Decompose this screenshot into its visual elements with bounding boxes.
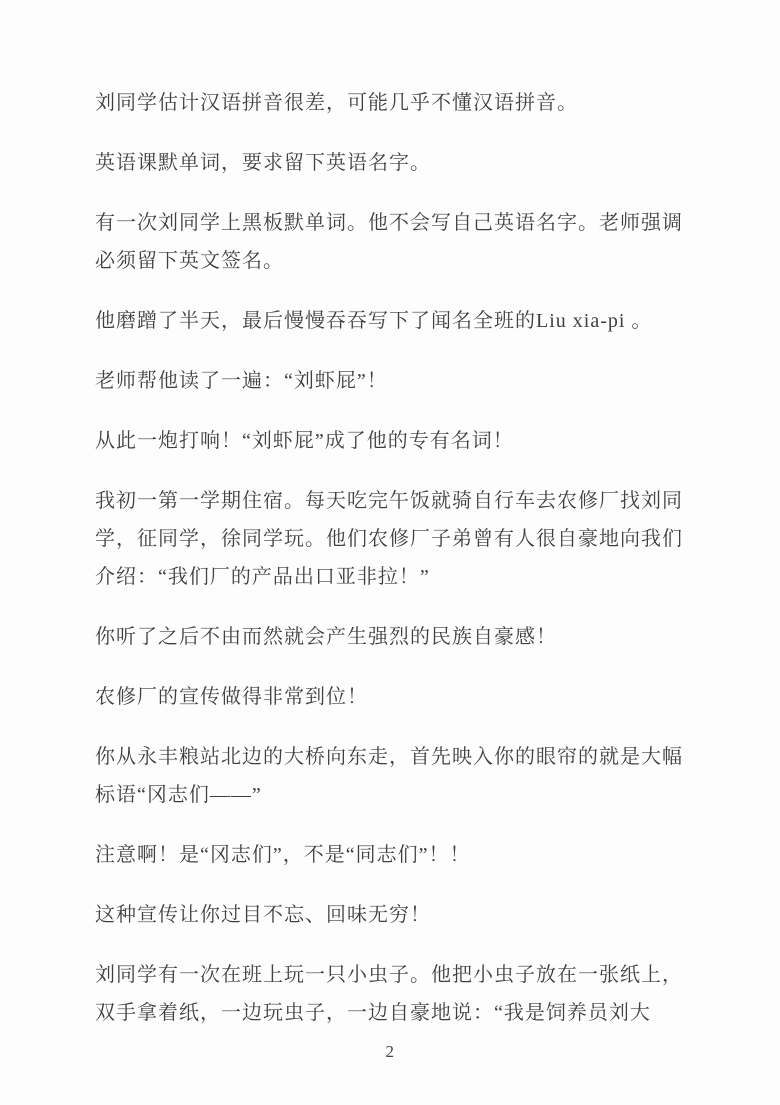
paragraph: 他磨蹭了半天，最后慢慢吞吞写下了闻名全班的Liu xia-pi 。 (95, 302, 715, 340)
paragraph: 刘同学估计汉语拼音很差，可能几乎不懂汉语拼音。 (95, 84, 715, 122)
paragraph: 你听了之后不由而然就会产生强烈的民族自豪感！ (95, 618, 715, 656)
page-footer: 2 (0, 1042, 780, 1062)
paragraph: 这种宣传让你过目不忘、回味无穷！ (95, 896, 715, 934)
page-number: 2 (386, 1042, 395, 1061)
paragraph: 注意啊！是“冈志们”，不是“同志们”！！ (95, 836, 715, 874)
page-content: 刘同学估计汉语拼音很差，可能几乎不懂汉语拼音。 英语课默单词，要求留下英语名字。… (95, 84, 715, 1054)
paragraph: 英语课默单词，要求留下英语名字。 (95, 144, 715, 182)
document-page: 刘同学估计汉语拼音很差，可能几乎不懂汉语拼音。 英语课默单词，要求留下英语名字。… (0, 0, 780, 1105)
paragraph: 刘同学有一次在班上玩一只小虫子。他把小虫子放在一张纸上， 双手拿着纸，一边玩虫子… (95, 956, 715, 1032)
paragraph: 农修厂的宣传做得非常到位！ (95, 678, 715, 716)
paragraph: 你从永丰粮站北边的大桥向东走，首先映入你的眼帘的就是大幅 标语“冈志们——” (95, 738, 715, 814)
paragraph: 我初一第一学期住宿。每天吃完午饭就骑自行车去农修厂找刘同 学，征同学，徐同学玩。… (95, 482, 715, 596)
paragraph: 从此一炮打响！“刘虾屁”成了他的专有名词！ (95, 422, 715, 460)
paragraph: 有一次刘同学上黑板默单词。他不会写自己英语名字。老师强调 必须留下英文签名。 (95, 204, 715, 280)
paragraph: 老师帮他读了一遍：“刘虾屁”！ (95, 362, 715, 400)
